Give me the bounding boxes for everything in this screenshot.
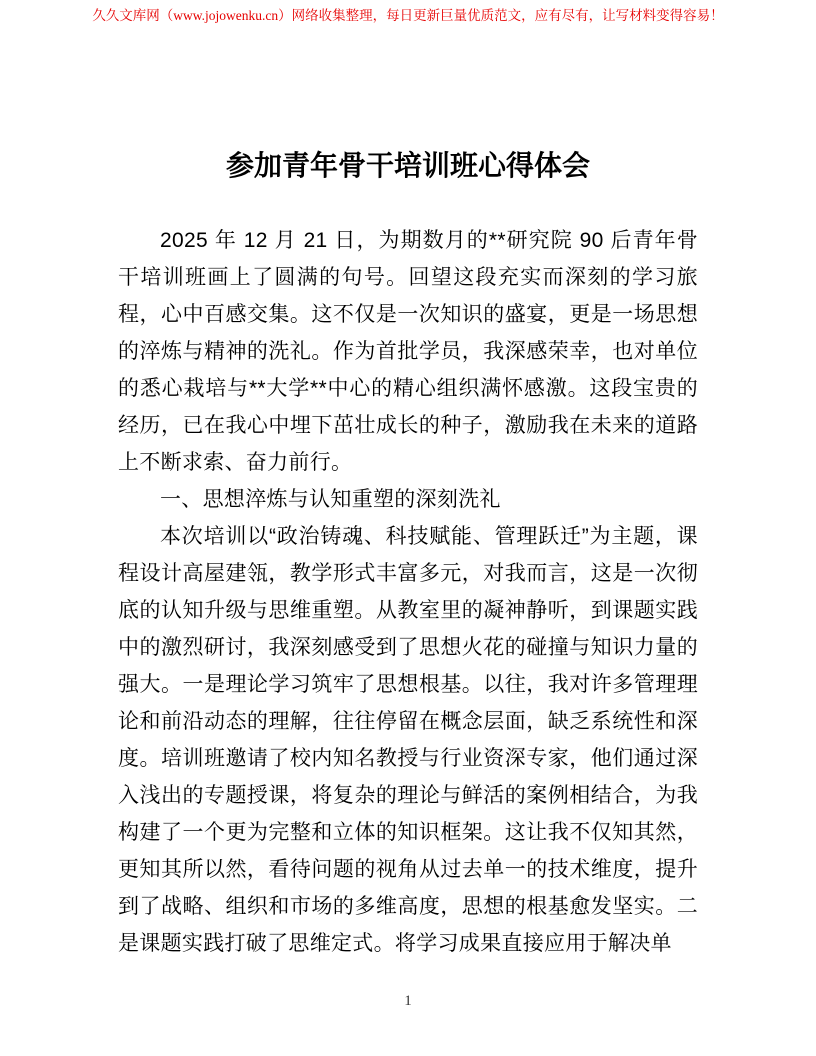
watermark-header: 久久文库网（www.jojowenku.cn）网络收集整理，每日更新巨量优质范文…: [0, 7, 816, 24]
section-heading-1: 一、思想淬炼与认知重塑的深刻洗礼: [118, 481, 698, 518]
page-number: 1: [0, 993, 816, 1010]
document-page: 久久文库网（www.jojowenku.cn）网络收集整理，每日更新巨量优质范文…: [0, 0, 816, 1056]
document-title: 参加青年骨干培训班心得体会: [118, 146, 698, 186]
paragraph-intro: 2025 年 12 月 21 日，为期数月的**研究院 90 后青年骨干培训班画…: [118, 222, 698, 481]
document-body: 参加青年骨干培训班心得体会 2025 年 12 月 21 日，为期数月的**研究…: [118, 146, 698, 962]
paragraph-section-1: 本次培训以“政治铸魂、科技赋能、管理跃迁”为主题，课程设计高屋建瓴，教学形式丰富…: [118, 518, 698, 962]
